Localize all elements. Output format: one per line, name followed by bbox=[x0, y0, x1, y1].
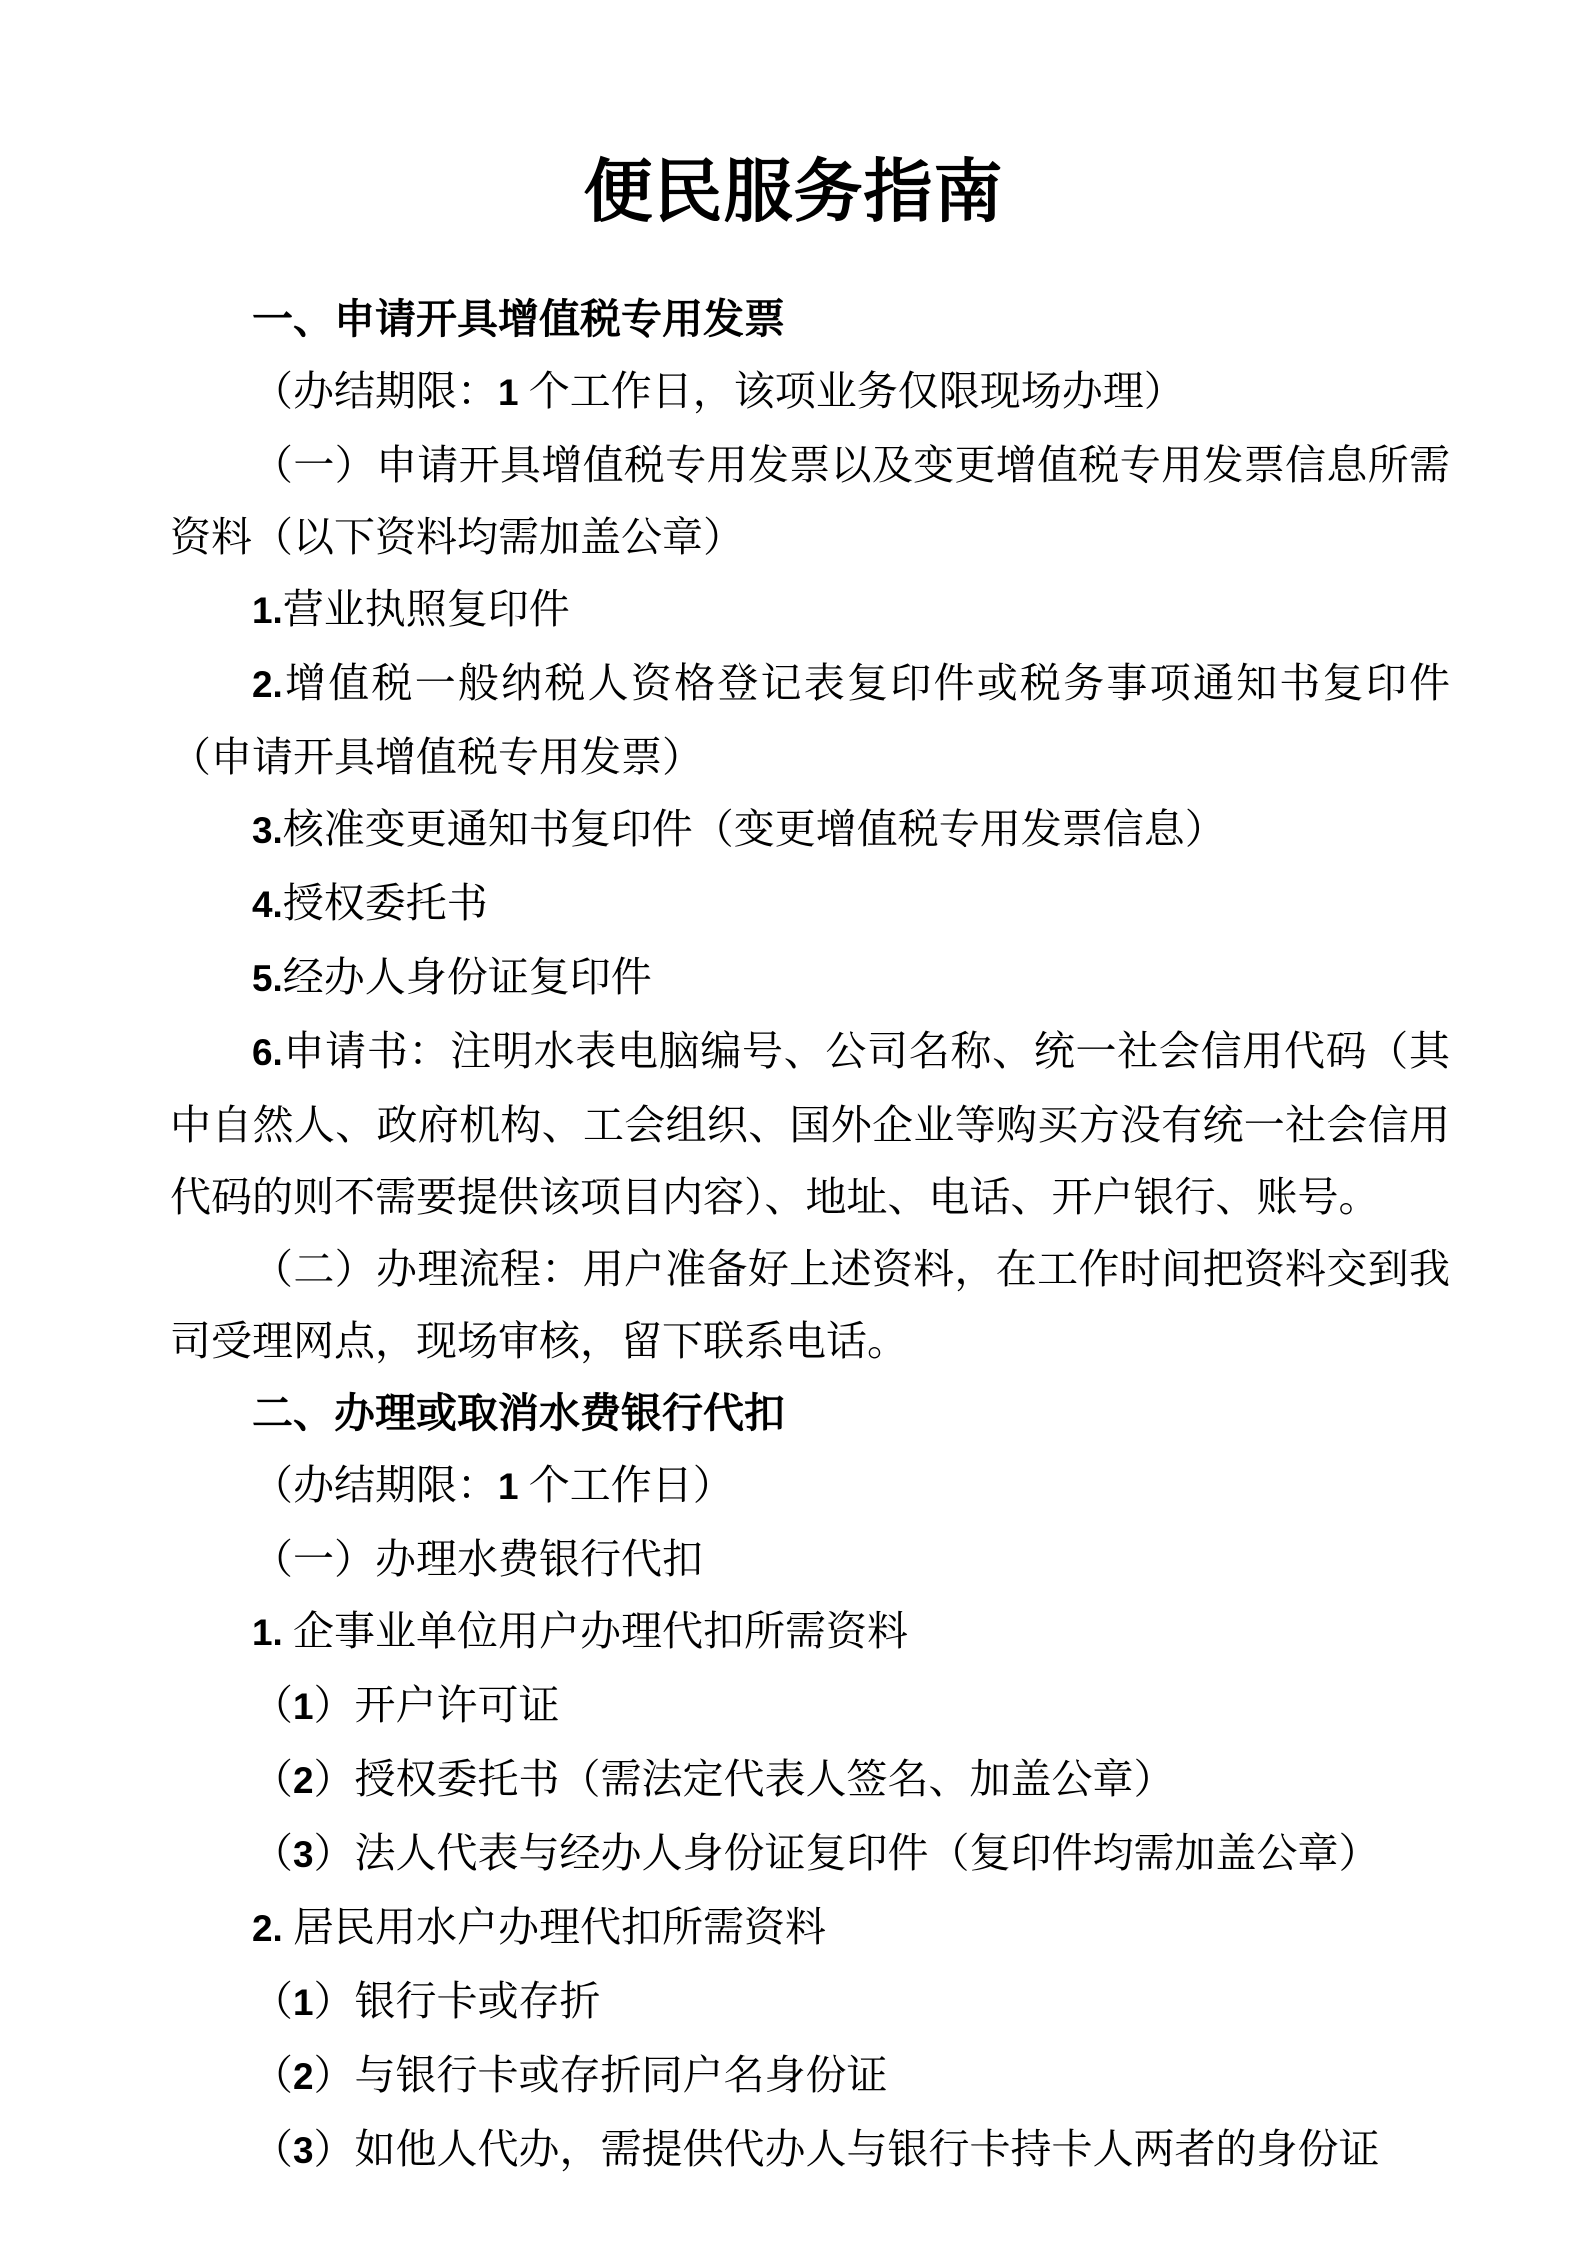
numeral: 2 bbox=[293, 1760, 314, 1801]
paragraph: 6.申请书：注明水表电脑编号、公司名称、统一社会信用代码（其中自然人、政府机构、… bbox=[170, 1015, 1450, 1233]
numeral: 2 bbox=[293, 2056, 314, 2097]
document-title: 便民服务指南 bbox=[0, 0, 1587, 245]
paragraph: 5.经办人身份证复印件 bbox=[170, 941, 1450, 1015]
numeral: 4. bbox=[252, 884, 283, 925]
numeral: 6. bbox=[252, 1032, 283, 1073]
section-heading: 一、申请开具增值税专用发票 bbox=[170, 283, 1450, 355]
paragraph: 4.授权委托书 bbox=[170, 867, 1450, 941]
paragraph: 2. 居民用水户办理代扣所需资料 bbox=[170, 1891, 1450, 1965]
paragraph: （办结期限：1 个工作日，该项业务仅限现场办理） bbox=[170, 355, 1450, 429]
numeral: 1. bbox=[252, 590, 283, 631]
paragraph: （3）如他人代办，需提供代办人与银行卡持卡人两者的身份证 bbox=[170, 2113, 1450, 2187]
paragraph: （1）开户许可证 bbox=[170, 1669, 1450, 1743]
document-body: 一、申请开具增值税专用发票（办结期限：1 个工作日，该项业务仅限现场办理）（一）… bbox=[170, 283, 1450, 2187]
numeral: 1 bbox=[498, 372, 519, 413]
numeral: 1 bbox=[498, 1466, 519, 1507]
paragraph: （一）申请开具增值税专用发票以及变更增值税专用发票信息所需资料（以下资料均需加盖… bbox=[170, 429, 1450, 573]
paragraph: 2.增值税一般纳税人资格登记表复印件或税务事项通知书复印件（申请开具增值税专用发… bbox=[170, 647, 1450, 793]
paragraph: （3）法人代表与经办人身份证复印件（复印件均需加盖公章） bbox=[170, 1817, 1450, 1891]
numeral: 2. bbox=[252, 664, 283, 705]
numeral: 1. bbox=[252, 1612, 283, 1653]
paragraph: （2）与银行卡或存折同户名身份证 bbox=[170, 2039, 1450, 2113]
paragraph: 1. 企事业单位用户办理代扣所需资料 bbox=[170, 1595, 1450, 1669]
numeral: 1 bbox=[293, 1982, 314, 2023]
numeral: 3. bbox=[252, 810, 283, 851]
paragraph: （二）办理流程：用户准备好上述资料，在工作时间把资料交到我司受理网点，现场审核，… bbox=[170, 1233, 1450, 1377]
document-page: 便民服务指南 一、申请开具增值税专用发票（办结期限：1 个工作日，该项业务仅限现… bbox=[0, 0, 1587, 2245]
numeral: 3 bbox=[293, 1834, 314, 1875]
numeral: 3 bbox=[293, 2130, 314, 2171]
section-heading: 二、办理或取消水费银行代扣 bbox=[170, 1377, 1450, 1449]
numeral: 2. bbox=[252, 1908, 283, 1949]
paragraph: （2）授权委托书（需法定代表人签名、加盖公章） bbox=[170, 1743, 1450, 1817]
paragraph: （办结期限：1 个工作日） bbox=[170, 1449, 1450, 1523]
paragraph: 3.核准变更通知书复印件（变更增值税专用发票信息） bbox=[170, 793, 1450, 867]
paragraph: 1.营业执照复印件 bbox=[170, 573, 1450, 647]
paragraph: （1）银行卡或存折 bbox=[170, 1965, 1450, 2039]
numeral: 5. bbox=[252, 958, 283, 999]
numeral: 1 bbox=[293, 1686, 314, 1727]
paragraph: （一）办理水费银行代扣 bbox=[170, 1523, 1450, 1595]
